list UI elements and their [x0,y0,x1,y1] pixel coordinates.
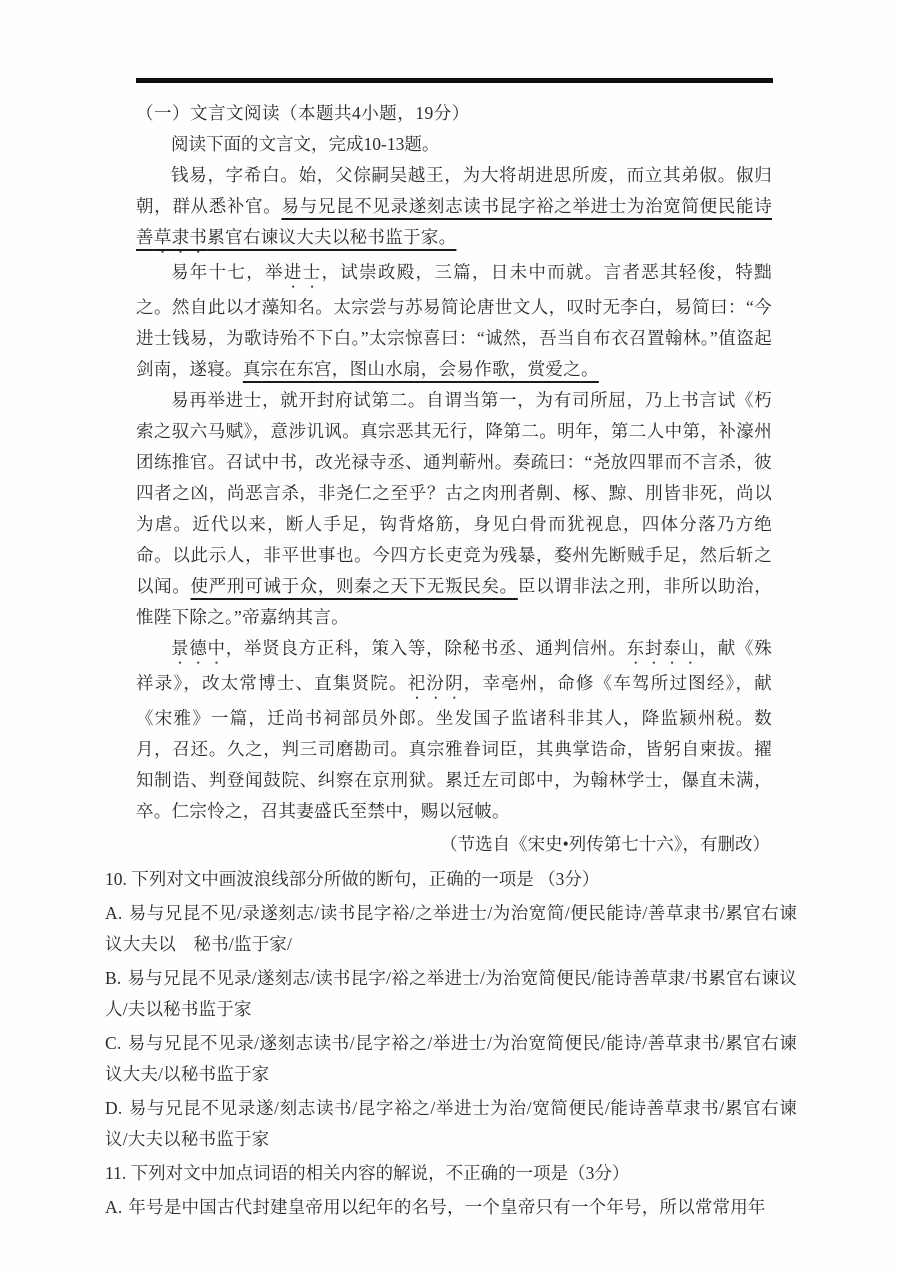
question-11-stem: 11. 下列对文中加点词语的相关内容的解说，不正确的一项是（3分） [105,1158,797,1189]
scanned-exam-page: （一）文言文阅读（本题共4小题，19分） 阅读下面的文言文，完成10-13题。 … [0,0,900,1272]
option-text: 易与兄昆不见录/遂刻志读书/昆字裕之/举进士/为治宽简便民/能诗/善草隶书/累官… [105,1033,797,1084]
instruction: 阅读下面的文言文，完成10-13题。 [136,129,772,160]
option-label: C. [105,1033,121,1053]
dotted-term: 东封泰山 [627,638,700,658]
question-option-A: A.易与兄昆不见/录遂刻志/读书昆字裕/之举进士/为治宽简/便民能诗/善草隶书/… [105,898,797,960]
passage-text: ，举贤良方正科，策入等，除秘书丞、通判信州。 [226,638,627,658]
option-text: 易与兄昆不见录遂/刻志读书/昆字裕之/举进士为治/宽简便民/能诗善草隶书/累官右… [105,1098,797,1149]
question-option-B: B.易与兄昆不见录/遂刻志/读书昆字/裕之举进士/为治宽简便民/能诗善草隶/书累… [105,963,797,1025]
question-option-D: D.易与兄昆不见录遂/刻志读书/昆字裕之/举进士为治/宽简便民/能诗善草隶书/累… [105,1093,797,1155]
question-option-A: A.年号是中国古代封建皇帝用以纪年的名号，一个皇帝只有一个年号，所以常常用年 [105,1192,797,1223]
section-title: （一）文言文阅读（本题共4小题，19分） [136,98,772,129]
option-label: B. [105,968,121,988]
question-option-C: C.易与兄昆不见录/遂刻志读书/昆字裕之/举进士/为治宽简便民/能诗/善草隶书/… [105,1028,797,1090]
questions: 10. 下列对文中画波浪线部分所做的断句，正确的一项是 （3分）A.易与兄昆不见… [105,864,797,1223]
header-rule [136,78,773,83]
question-10-stem: 10. 下列对文中画波浪线部分所做的断句，正确的一项是 （3分） [105,864,797,895]
option-text: 易与兄昆不见/录遂刻志/读书昆字裕/之举进士/为治宽简/便民能诗/善草隶书/累官… [105,903,797,954]
dotted-term: 祀汾阴 [408,673,464,693]
page-content: （一）文言文阅读（本题共4小题，19分） 阅读下面的文言文，完成10-13题。 … [105,78,797,1223]
source-attribution: （节选自《宋史•列传第七十六》，有删改） [136,829,772,860]
wavy-underline-dotted-term: 草隶书 [154,227,207,247]
underline-text: 使严刑可诫于众，则秦之天下无叛民矣。 [191,576,518,596]
passage: 钱易，字希白。始，父倧嗣吴越王，为大将胡进思所废，而立其弟俶。俶归朝，群从悉补官… [136,160,772,827]
option-label: A. [105,1197,122,1217]
passage-paragraph: 易年十七，举进士，试崇政殿，三篇，日未中而就。言者恶其轻俊，特黜之。然自此以才藻… [136,257,772,385]
passage-paragraph: 钱易，字希白。始，父倧嗣吴越王，为大将胡进思所废，而立其弟俶。俶归朝，群从悉补官… [136,160,772,257]
dotted-term: 景德中 [171,638,226,658]
passage-text: 易年十七，举 [171,262,284,282]
option-label: D. [105,1098,122,1118]
option-text: 易与兄昆不见录/遂刻志/读书昆字/裕之举进士/为治宽简便民/能诗善草隶/书累官右… [105,968,797,1019]
passage-text: ，幸亳州，命修《车驾所过图经》，献《宋雅》一篇，迁尚书祠部员外郎。坐发国子监诸科… [136,673,772,821]
passage-paragraph: 景德中，举贤良方正科，策入等，除秘书丞、通判信州。东封泰山，献《殊祥录》，改太常… [136,633,772,827]
wavy-underline-text: 累官右谏议大夫以秘书监于家。 [207,227,456,247]
dotted-term: 进士 [284,262,322,282]
passage-text: 易再举进士，就开封府试第二。自谓当第一，为有司所屈，乃上书言试《朽索之驭六马赋》… [136,390,772,596]
passage-block: （一）文言文阅读（本题共4小题，19分） 阅读下面的文言文，完成10-13题。 … [136,98,772,860]
option-text: 年号是中国古代封建皇帝用以纪年的名号，一个皇帝只有一个年号，所以常常用年 [128,1197,765,1217]
underline-text: 真宗在东宫，图山水扇，会易作歌，赏爱之。 [243,359,599,379]
passage-paragraph: 易再举进士，就开封府试第二。自谓当第一，为有司所屈，乃上书言试《朽索之驭六马赋》… [136,385,772,633]
option-label: A. [105,903,122,923]
